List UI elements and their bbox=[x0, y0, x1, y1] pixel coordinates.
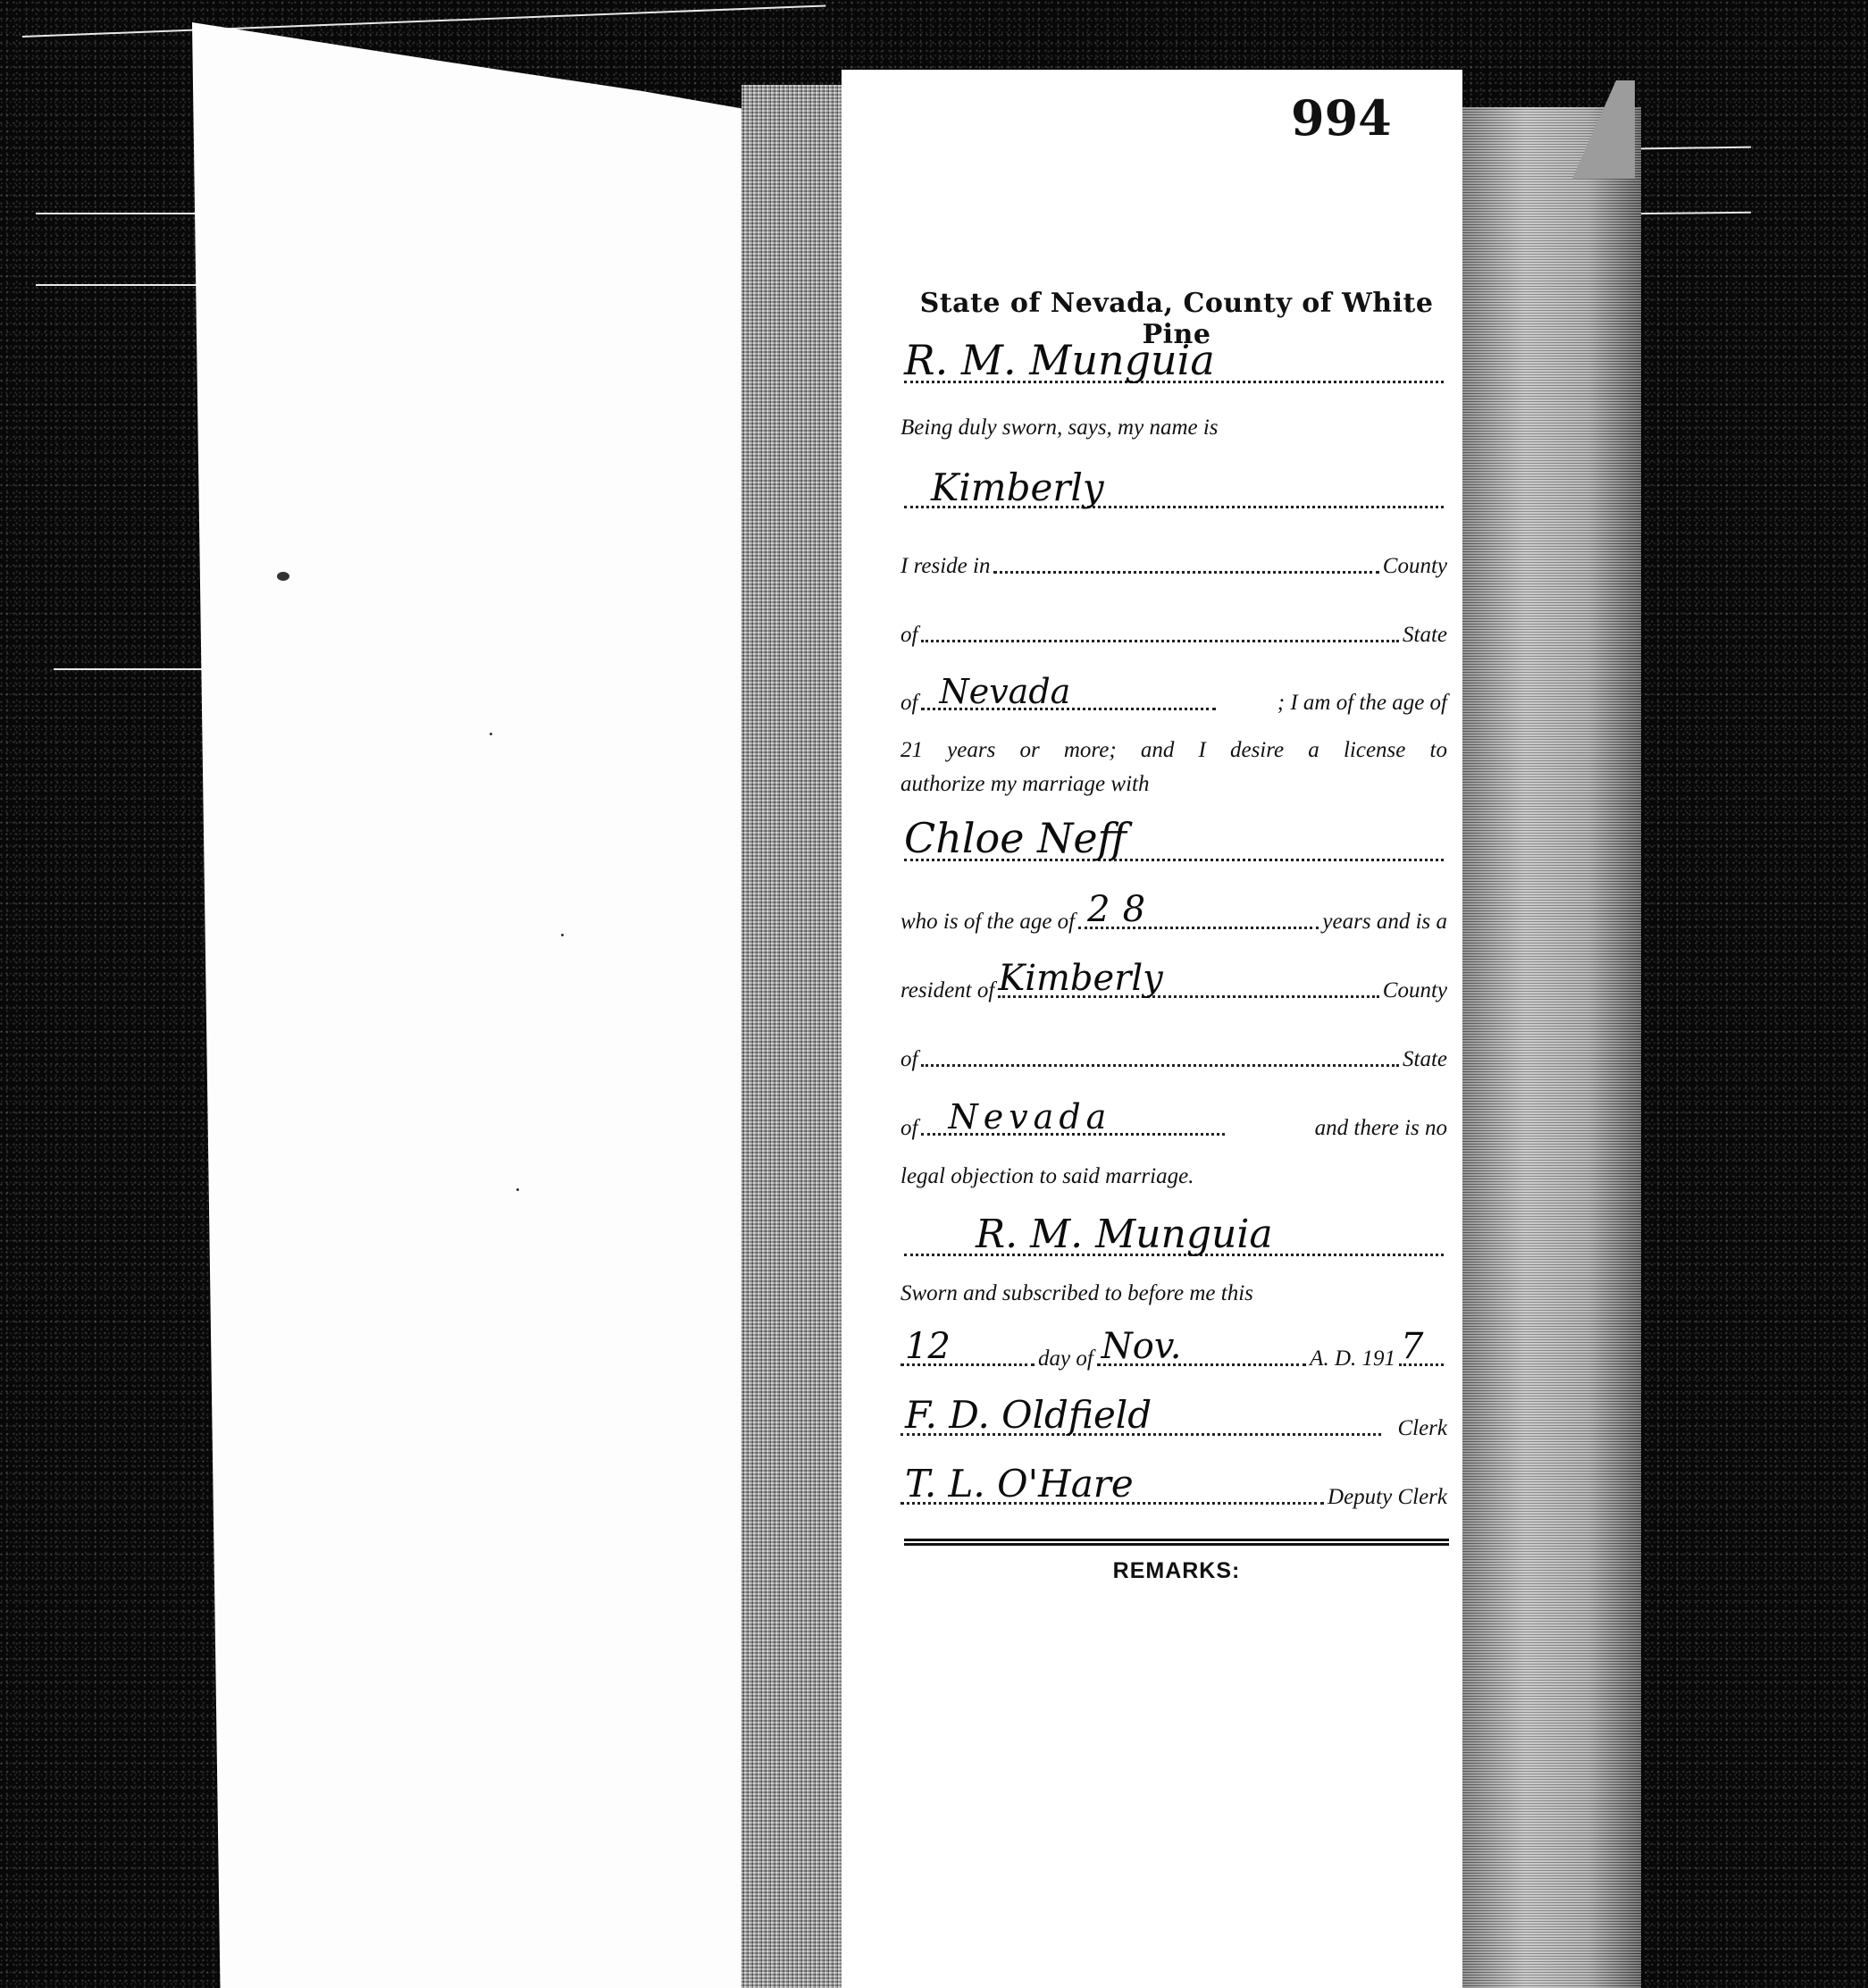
clerk-line: F. D. Oldfield Clerk bbox=[900, 1416, 1447, 1441]
bride-residence-line: resident of Kimberly County bbox=[900, 978, 1447, 1003]
scan-artifact-line bbox=[36, 213, 197, 214]
ink-speck bbox=[277, 572, 289, 581]
handwritten-applicant-name: R. M. Munguia bbox=[904, 336, 1215, 384]
bride-county-field bbox=[921, 1064, 1399, 1067]
month-field: Nov. bbox=[1097, 1363, 1306, 1366]
bride-age-line: who is of the age of 28 years and is a bbox=[900, 910, 1447, 935]
bride-name-line: Chloe Neff bbox=[900, 831, 1447, 867]
blank-left-page bbox=[192, 22, 755, 1988]
authorize-text: authorize my marriage with bbox=[900, 772, 1447, 797]
day-field: 12 bbox=[900, 1363, 1035, 1366]
state-field bbox=[921, 640, 1399, 642]
handwritten-year-digit: 7 bbox=[1401, 1326, 1423, 1367]
handwritten-month: Nov. bbox=[1102, 1326, 1182, 1367]
signature-field: R. M. Munguia bbox=[904, 1254, 1444, 1256]
deputy-clerk-field: T. L. O'Hare bbox=[900, 1502, 1324, 1505]
applicant-name-field: R. M. Munguia bbox=[904, 381, 1444, 383]
clerk-field: F. D. Oldfield bbox=[900, 1433, 1381, 1436]
signature-line: R. M. Munguia bbox=[900, 1224, 1447, 1262]
handwritten-deputy-clerk-name: T. L. O'Hare bbox=[905, 1462, 1134, 1506]
section-divider bbox=[904, 1539, 1449, 1546]
residence-line: Kimberly bbox=[900, 478, 1447, 514]
handwritten-bride-name: Chloe Neff bbox=[904, 814, 1127, 862]
ink-speck bbox=[561, 934, 564, 936]
sworn-intro-text: Being duly sworn, says, my name is bbox=[900, 415, 1447, 440]
bride-residence-field: Kimberly bbox=[998, 995, 1378, 998]
year-field: 7 bbox=[1399, 1363, 1444, 1366]
county-field bbox=[993, 571, 1378, 574]
page-number: 994 bbox=[1291, 89, 1392, 147]
date-line: 12 day of Nov. A. D. 191 7 bbox=[900, 1346, 1447, 1371]
residence-field: Kimberly bbox=[904, 506, 1444, 508]
page-edge-strip bbox=[1462, 107, 1641, 1988]
handwritten-clerk-name: F. D. Oldfield bbox=[905, 1393, 1152, 1437]
bride-county-state-line: of State bbox=[900, 1047, 1447, 1072]
applicant-name-line: R. M. Munguia bbox=[900, 353, 1447, 389]
book-gutter bbox=[741, 85, 844, 1988]
scan-artifact-line bbox=[36, 284, 197, 286]
handwritten-residence: Kimberly bbox=[931, 466, 1104, 509]
handwritten-bride-age: 28 bbox=[1087, 889, 1158, 930]
handwritten-signature: R. M. Munguia bbox=[976, 1212, 1273, 1257]
handwritten-applicant-state: Nevada bbox=[939, 672, 1070, 711]
handwritten-day: 12 bbox=[905, 1326, 951, 1367]
legal-objection-text: legal objection to said marriage. bbox=[900, 1164, 1447, 1189]
ink-speck bbox=[490, 733, 492, 735]
ink-speck bbox=[516, 1188, 519, 1191]
bride-name-field: Chloe Neff bbox=[904, 859, 1444, 861]
bride-state-line: of Nevada and there is no bbox=[900, 1116, 1447, 1141]
reside-in-line: I reside in County bbox=[900, 554, 1447, 579]
applicant-state-field: Nevada bbox=[921, 708, 1216, 710]
handwritten-bride-residence: Kimberly bbox=[998, 958, 1162, 999]
state-line: of State bbox=[900, 623, 1447, 648]
applicant-state-line: of Nevada ; I am of the age of bbox=[900, 691, 1447, 716]
sworn-subscribed-text: Sworn and subscribed to before me this bbox=[900, 1281, 1447, 1306]
remarks-heading: REMARKS: bbox=[904, 1558, 1449, 1584]
bride-age-field: 28 bbox=[1078, 927, 1319, 929]
age-requirement-text: 21 years or more; and I desire a license… bbox=[900, 738, 1447, 763]
handwritten-bride-state: Nevada bbox=[948, 1097, 1111, 1137]
bride-state-field: Nevada bbox=[921, 1133, 1225, 1136]
deputy-clerk-line: T. L. O'Hare Deputy Clerk bbox=[900, 1485, 1447, 1510]
scan-artifact-line bbox=[54, 668, 205, 670]
